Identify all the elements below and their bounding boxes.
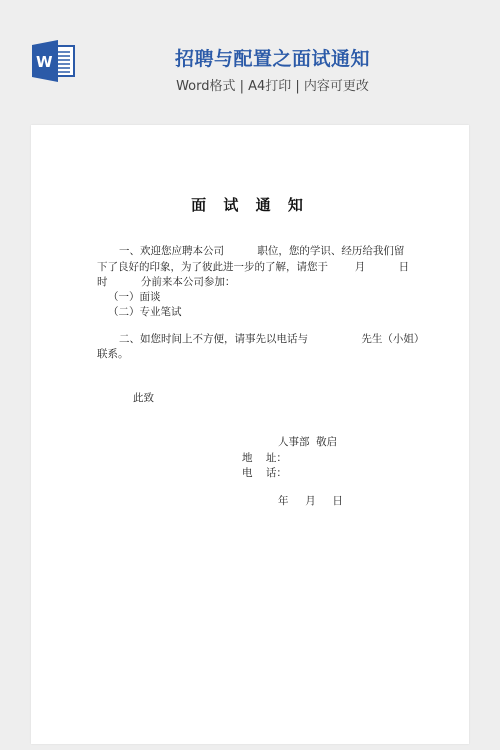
template-subtitle: Word格式 | A4打印 | 内容可更改: [0, 75, 500, 94]
item-written-test: （二）专业笔试: [108, 304, 182, 319]
address-label: 地 址：: [242, 450, 287, 465]
paragraph1-line1: 一、欢迎您应聘本公司 职位，您的学识、经历给我们留: [119, 243, 404, 258]
paragraph1-line2: 下了良好的印象，为了彼此进一步的了解，请您于 月 日: [97, 259, 409, 274]
paragraph1-line3: 时 分前来本公司参加：: [97, 274, 235, 289]
template-title: 招聘与配置之面试通知: [0, 44, 500, 71]
document-title: 面 试 通 知: [31, 194, 469, 215]
signature: 人事部 敬启: [278, 434, 337, 449]
closing: 此致: [133, 390, 154, 405]
document-page: 面 试 通 知 一、欢迎您应聘本公司 职位，您的学识、经历给我们留 下了良好的印…: [31, 125, 469, 744]
paragraph2-line2: 联系。: [97, 346, 129, 361]
date-line: 年 月 日: [278, 493, 343, 508]
item-interview: （一）面谈: [108, 289, 161, 304]
paragraph2-line1: 二、如您时间上不方便，请事先以电话与 先生（小姐）: [119, 331, 424, 346]
phone-label: 电 话：: [242, 465, 287, 480]
